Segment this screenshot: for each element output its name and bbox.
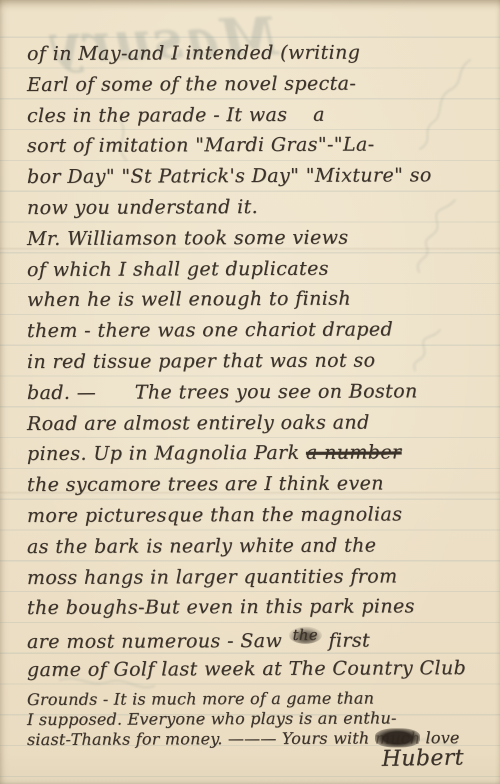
letter-line: cles in the parade - It was a	[27, 103, 490, 136]
letter-segment: love	[420, 728, 459, 747]
letter-segment: the sycamore trees are I think even	[27, 473, 384, 497]
letter-segment: bor Day" "St Patrick's Day" "Mixture" so	[27, 164, 432, 188]
letter-line: when he is well enough to finish	[27, 287, 490, 320]
letter-line: of in May-and I intended (writing	[27, 41, 490, 74]
letter-segment: pines. Up in Magnolia Park	[27, 442, 306, 465]
letter-line: as the bark is nearly white and the	[27, 534, 490, 567]
letter-segment: I supposed. Everyone who plays is an ent…	[27, 708, 397, 729]
letter-line: game of Golf last week at The Country Cl…	[27, 657, 490, 690]
letter-segment-strike: a number	[306, 442, 402, 464]
letter-line: sort of imitation "Mardi Gras"-"La-	[27, 133, 490, 166]
letter-line: moss hangs in larger quantities from	[27, 565, 490, 598]
letter-line: more picturesque than the magnolias	[27, 503, 490, 536]
letter-segment: more picturesque than the magnolias	[27, 503, 402, 527]
letter-line: now you understand it.	[27, 195, 490, 228]
letter-segment: siast-Thanks for money. ——— Yours with	[27, 728, 375, 749]
letter-line: are most numerous - Saw the first	[27, 626, 490, 659]
letter-segment: sort of imitation "Mardi Gras"-"La-	[27, 134, 375, 158]
letter-line: them - there was one chariot draped	[27, 318, 490, 351]
letter-line: the sycamore trees are I think even	[27, 472, 490, 505]
letter-page: Masury of in May-and I intended (writing…	[0, 0, 500, 784]
letter-line: Road are almost entirely oaks and	[27, 411, 490, 444]
letter-segment: cles in the parade - It was a	[27, 103, 325, 126]
letter-segment: first	[322, 630, 370, 652]
letter-line: Earl of some of the novel specta-	[27, 72, 490, 105]
letter-line: bor Day" "St Patrick's Day" "Mixture" so	[27, 164, 490, 197]
letter-segment: when he is well enough to finish	[27, 288, 351, 311]
letter-segment: moss hangs in larger quantities from	[27, 565, 398, 589]
letter-segment: are most numerous - Saw	[27, 630, 289, 653]
letter-segment: as the bark is nearly white and the	[27, 534, 376, 558]
letter-line: I supposed. Everyone who plays is an ent…	[27, 708, 490, 730]
letter-segment: of in May-and I intended (writing	[27, 42, 360, 65]
letter-line: pines. Up in Magnolia Park a number	[27, 441, 490, 474]
letter-line: bad. — The trees you see on Boston	[27, 380, 490, 413]
letter-segment: Earl of some of the novel specta-	[27, 72, 356, 95]
letter-line: of which I shall get duplicates	[27, 257, 490, 290]
letter-line: the boughs-But even in this park pines	[27, 595, 490, 628]
letter-segment: Hubert	[382, 745, 465, 771]
signature-line: Hubert	[27, 745, 490, 783]
letter-segment: them - there was one chariot draped	[27, 319, 393, 343]
letter-line: Grounds - It is much more of a game than	[27, 688, 490, 710]
letter-segment: Mr. Williamson took some views	[27, 226, 349, 249]
letter-line: Mr. Williamson took some views	[27, 226, 490, 259]
letter-segment-blot: much	[375, 728, 421, 747]
letter-segment-insert: the	[289, 627, 323, 644]
letter-segment: in red tissue paper that was not so	[27, 349, 376, 373]
letter-segment: bad. — The trees you see on Boston	[27, 380, 418, 404]
letter-segment: now you understand it.	[27, 196, 258, 219]
letter-segment: game of Golf last week at The Country Cl…	[27, 657, 466, 681]
letter-line: in red tissue paper that was not so	[27, 349, 490, 382]
letter-segment: of which I shall get duplicates	[27, 257, 329, 280]
letter-text: of in May-and I intended (writingEarl of…	[27, 42, 490, 779]
letter-segment: Grounds - It is much more of a game than	[27, 688, 374, 709]
letter-segment: Road are almost entirely oaks and	[27, 411, 370, 434]
letter-segment: the boughs-But even in this park pines	[27, 596, 415, 620]
